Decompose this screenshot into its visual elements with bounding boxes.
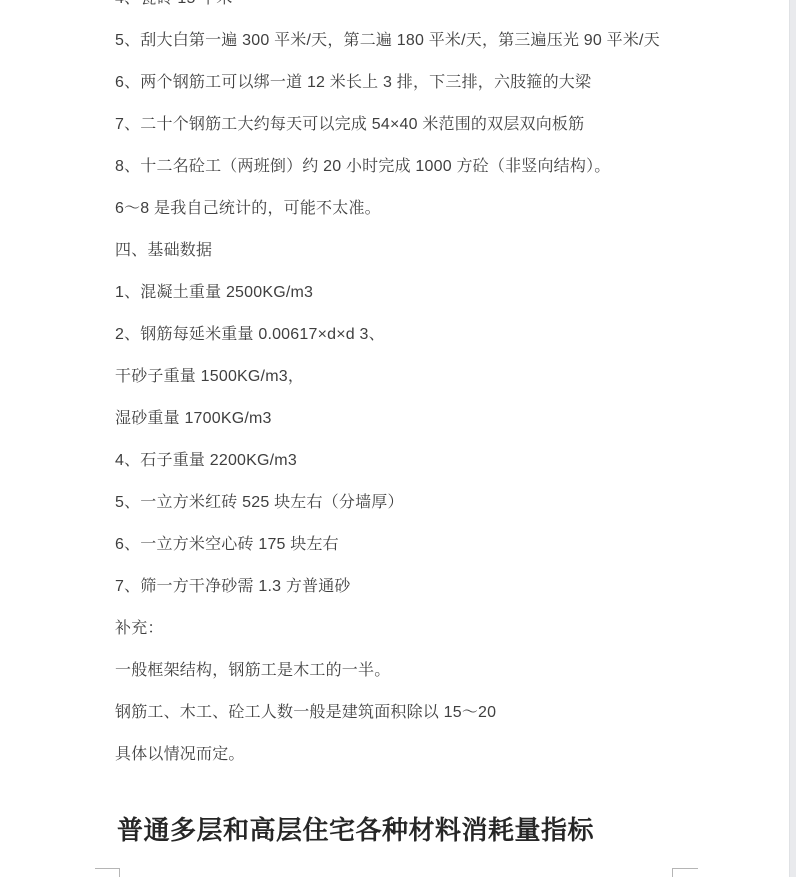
- paragraph: 4、石子重量 2200KG/m3: [115, 440, 715, 482]
- table-top-border-left-segment: [95, 868, 120, 877]
- paragraph: 一般框架结构，钢筋工是木工的一半。: [115, 650, 715, 692]
- section-heading: 普通多层和高层住宅各种材料消耗量指标: [117, 813, 715, 849]
- paragraph: 1、混凝土重量 2500KG/m3: [115, 272, 715, 314]
- paragraph: 补充：: [115, 608, 715, 650]
- paragraph: 7、筛一方干净砂需 1.3 方普通砂: [115, 566, 715, 608]
- paragraph: 具体以情况而定。: [115, 734, 715, 776]
- paragraph: 8、十二名砼工（两班倒）约 20 小时完成 1000 方砼（非竖向结构）。: [115, 146, 715, 188]
- paragraph: 6、两个钢筋工可以绑一道 12 米长上 3 排，下三排，六肢箍的大梁: [115, 62, 715, 104]
- table-top-border-right-segment: [672, 868, 698, 877]
- paragraph: 6～8 是我自己统计的，可能不太准。: [115, 188, 715, 230]
- paragraph: 2、钢筋每延米重量 0.00617×d×d 3、: [115, 314, 715, 356]
- paragraph: 钢筋工、木工、砼工人数一般是建筑面积除以 15～20: [115, 692, 715, 734]
- document-body: 4、瓷砖 15 平米 5、刮大白第一遍 300 平米/天，第二遍 180 平米/…: [115, 0, 715, 849]
- vertical-scrollbar[interactable]: [789, 0, 796, 877]
- document-page: 4、瓷砖 15 平米 5、刮大白第一遍 300 平米/天，第二遍 180 平米/…: [0, 0, 796, 877]
- paragraph: 5、刮大白第一遍 300 平米/天，第二遍 180 平米/天，第三遍压光 90 …: [115, 20, 715, 62]
- paragraph: 四、基础数据: [115, 230, 715, 272]
- paragraph: 湿砂重量 1700KG/m3: [115, 398, 715, 440]
- paragraph: 干砂子重量 1500KG/m3，: [115, 356, 715, 398]
- paragraph: 4、瓷砖 15 平米: [115, 0, 715, 20]
- paragraph: 6、一立方米空心砖 175 块左右: [115, 524, 715, 566]
- paragraph: 7、二十个钢筋工大约每天可以完成 54×40 米范围的双层双向板筋: [115, 104, 715, 146]
- paragraph: 5、一立方米红砖 525 块左右（分墙厚）: [115, 482, 715, 524]
